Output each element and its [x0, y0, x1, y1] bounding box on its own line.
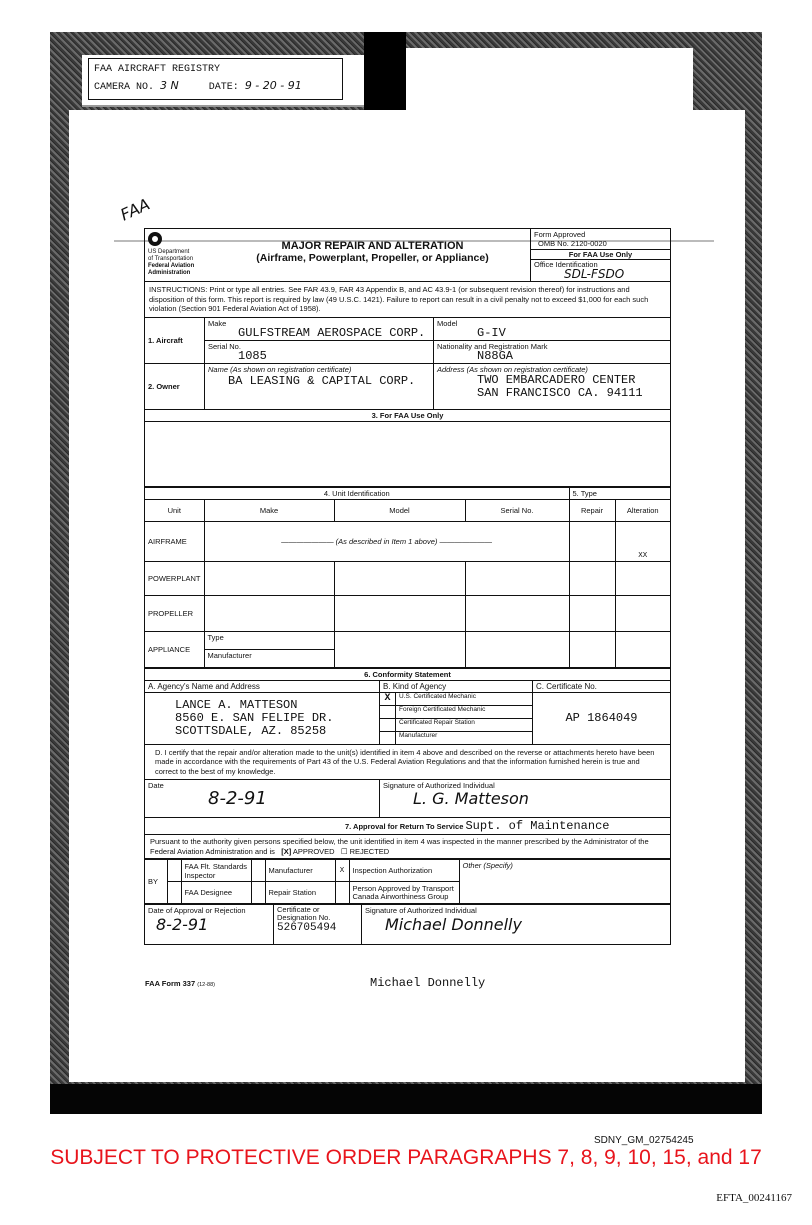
date-label: DATE: [209, 82, 239, 93]
faa-use-only-area [145, 422, 670, 486]
owner-address-2: SAN FRANCISCO CA. 94111 [437, 387, 667, 400]
form-title-block: US Department of Transportation Federal … [145, 229, 530, 281]
unit-identification-table: 4. Unit Identification 5. Type Unit Make… [145, 487, 670, 668]
efta-number: EFTA_00241167 [716, 1192, 792, 1204]
approver-typed-name: Michael Donnelly [370, 976, 485, 990]
approval-signature: Michael Donnelly [365, 915, 667, 934]
designation-number: 526705494 [277, 922, 358, 934]
form-subtitle: (Airframe, Powerplant, Propeller, or App… [218, 252, 527, 264]
aircraft-model: G-IV [437, 328, 667, 339]
film-gap [364, 32, 406, 110]
form-id: FAA Form 337 (12-88) [145, 979, 215, 988]
approved-checkbox: APPROVED [293, 847, 335, 856]
kind-of-agency: XU.S. Certificated Mechanic Foreign Cert… [379, 693, 532, 744]
form-337: US Department of Transportation Federal … [144, 228, 671, 945]
approval-title: Supt. of Maintenance [465, 819, 609, 833]
registration-mark: N88GA [437, 351, 667, 362]
protective-order-notice: SUBJECT TO PROTECTIVE ORDER PARAGRAPHS 7… [0, 1146, 812, 1170]
dot-logo-icon [148, 232, 162, 246]
approval-date: 8-2-91 [148, 915, 270, 934]
date-value: 9 - 20 - 91 [245, 79, 302, 92]
conformity-date: 8-2-91 [148, 790, 376, 808]
camera-label: CAMERA NO. [94, 82, 154, 93]
aircraft-make: GULFSTREAM AEROSPACE CORP. [208, 328, 430, 339]
camera-value: 3 N [160, 79, 179, 92]
owner-address-1: TWO EMBARCADERO CENTER [437, 374, 667, 387]
office-id: SDL-FSDO [534, 269, 667, 280]
faa-use-only-header: 3. For FAA Use Only [145, 410, 670, 421]
registry-stamp: FAA AIRCRAFT REGISTRY CAMERA NO. 3 N DAT… [88, 58, 343, 100]
approval-by-table: BY FAA Flt. Standards Inspector Manufact… [145, 859, 670, 904]
registry-header: FAA AIRCRAFT REGISTRY CAMERA NO. 3 N DAT… [82, 55, 364, 107]
certification-statement: D. I certify that the repair and/or alte… [145, 745, 670, 780]
agency-block: US Department of Transportation Federal … [148, 230, 218, 277]
alteration-mark: XX [615, 521, 670, 561]
header-blank-panel [406, 48, 693, 110]
certificate-number: AP 1864049 [532, 693, 670, 744]
rejected-checkbox: REJECTED [350, 847, 390, 856]
aircraft-serial: 1085 [208, 351, 430, 362]
conformity-signature: L. G. Matteson [383, 790, 667, 808]
bates-number: SDNY_GM_02754245 [594, 1135, 694, 1146]
owner-name: BA LEASING & CAPITAL CORP. [208, 374, 430, 388]
agency-address: LANCE A. MATTESON 8560 E. SAN FELIPE DR.… [145, 693, 379, 744]
form-title: MAJOR REPAIR AND ALTERATION [218, 240, 527, 252]
registry-title: FAA AIRCRAFT REGISTRY [94, 62, 337, 78]
instructions: INSTRUCTIONS: Print or type all entries.… [145, 282, 670, 317]
